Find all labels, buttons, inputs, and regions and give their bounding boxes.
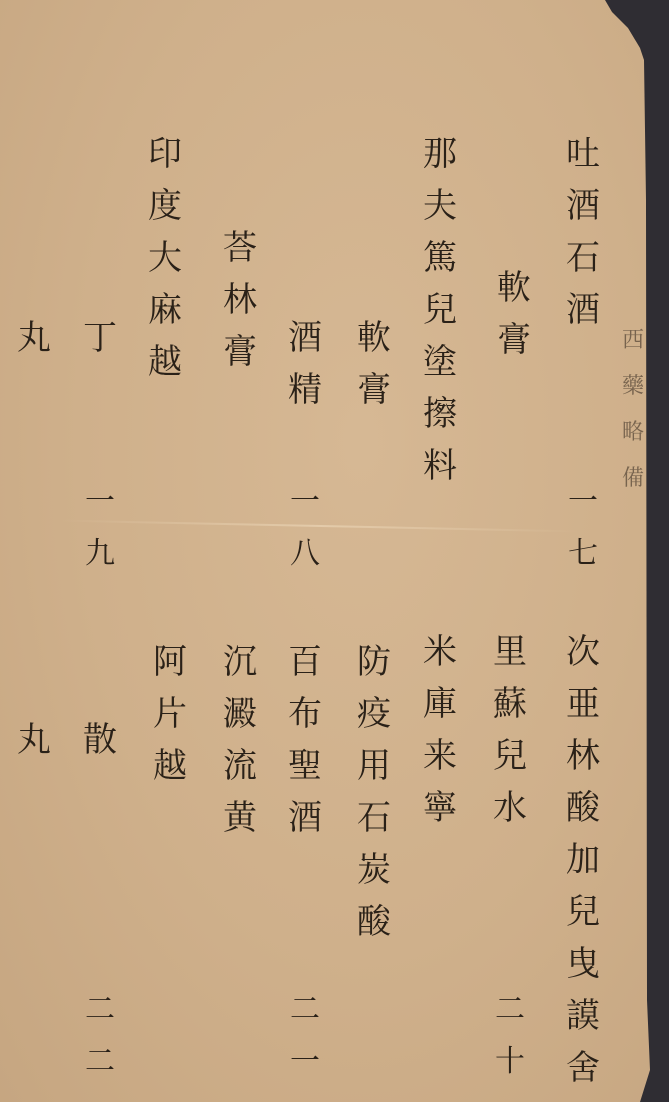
- character: 散: [83, 714, 117, 766]
- character: 酸: [566, 782, 600, 834]
- character: 擦: [423, 388, 457, 440]
- entry-lysol-water: 里蘇兒水: [488, 626, 532, 834]
- character: 黄: [223, 792, 257, 844]
- character: 夫: [423, 180, 457, 232]
- character: 膏: [223, 326, 257, 378]
- character: 二: [495, 984, 525, 1036]
- character: 丸: [17, 312, 51, 364]
- character: 里: [493, 626, 527, 678]
- character: 庫: [423, 678, 457, 730]
- character: 膏: [497, 314, 531, 366]
- character: 越: [148, 336, 182, 388]
- character: 吐: [566, 128, 600, 180]
- entry-ointment-1: 軟膏: [492, 262, 536, 366]
- character: 酒: [288, 792, 322, 844]
- entry-spirit: 酒精: [283, 312, 327, 416]
- character: 用: [357, 740, 391, 792]
- character: 聖: [288, 740, 322, 792]
- character: 酒: [288, 312, 322, 364]
- character: 防: [357, 636, 391, 688]
- entry-disinfectant-carbolic-acid: 防疫用石炭酸: [352, 636, 396, 948]
- character: 略: [622, 410, 644, 456]
- page-number-20: 二十: [488, 984, 532, 1088]
- character: 軟: [357, 312, 391, 364]
- page-number-22: 二二: [78, 984, 122, 1088]
- entry-hypochlorite-solution: 次亜林酸加兒曳謨舍: [561, 626, 605, 1094]
- character: 酒: [566, 180, 600, 232]
- character: 加: [566, 834, 600, 886]
- page-number-17: 一七: [561, 476, 605, 580]
- character: 一: [568, 476, 598, 528]
- character: 度: [148, 180, 182, 232]
- character: 一: [290, 1036, 320, 1088]
- character: 一: [85, 476, 115, 528]
- character: 一: [290, 476, 320, 528]
- character: 塗: [423, 336, 457, 388]
- entry-tincture-ding: 丁: [78, 312, 122, 364]
- character: 米: [423, 626, 457, 678]
- character: 丁: [83, 312, 117, 364]
- entry-pill-2: 丸: [12, 714, 56, 766]
- character: 舍: [566, 1042, 600, 1094]
- character: 八: [290, 528, 320, 580]
- character: 十: [495, 1036, 525, 1088]
- entry-indian-hemp-extract: 印度大麻越: [143, 128, 187, 388]
- character: 西: [622, 318, 644, 364]
- character: 兒: [566, 886, 600, 938]
- character: 麻: [148, 284, 182, 336]
- character: 印: [148, 128, 182, 180]
- character: 二: [290, 984, 320, 1036]
- page-number-19: 一九: [78, 476, 122, 580]
- character: 謨: [566, 990, 600, 1042]
- character: 疫: [357, 688, 391, 740]
- character: 精: [288, 364, 322, 416]
- character: 炭: [357, 844, 391, 896]
- entry-ointment-2: 軟膏: [352, 312, 396, 416]
- paper-page: 西藥略備 吐酒石酒 軟膏 那夫篤兒塗擦料 軟膏 酒精 荅林膏 印度大麻越 丁 丸…: [0, 0, 655, 1102]
- character: 蘇: [493, 678, 527, 730]
- character: 片: [153, 688, 187, 740]
- character: 酸: [357, 896, 391, 948]
- character: 膏: [357, 364, 391, 416]
- character: 藥: [622, 364, 644, 410]
- entry-precipitated-sulfur: 沉澱流黄: [218, 636, 262, 844]
- entry-powder: 散: [78, 714, 122, 766]
- character: 沉: [223, 636, 257, 688]
- character: 兒: [423, 284, 457, 336]
- character: 阿: [153, 636, 187, 688]
- page-number-21: 二一: [283, 984, 327, 1088]
- entry-pill-1: 丸: [12, 312, 56, 364]
- character: 荅: [223, 222, 257, 274]
- character: 来: [423, 730, 457, 782]
- character: 水: [493, 782, 527, 834]
- character: 石: [357, 792, 391, 844]
- character: 林: [223, 274, 257, 326]
- character: 曳: [566, 938, 600, 990]
- character: 丸: [17, 714, 51, 766]
- entry-tar-ointment: 荅林膏: [218, 222, 262, 378]
- character: 兒: [493, 730, 527, 782]
- entry-mikulain: 米庫来寧: [418, 626, 462, 834]
- character: 布: [288, 688, 322, 740]
- character: 林: [566, 730, 600, 782]
- character: 二: [85, 1036, 115, 1088]
- character: 七: [568, 528, 598, 580]
- entry-tartar-emetic-wine: 吐酒石酒: [561, 128, 605, 336]
- character: 越: [153, 740, 187, 792]
- character: 寧: [423, 782, 457, 834]
- character: 九: [85, 528, 115, 580]
- page-number-18: 一八: [283, 476, 327, 580]
- character: 澱: [223, 688, 257, 740]
- character: 篤: [423, 232, 457, 284]
- character: 那: [423, 128, 457, 180]
- entry-pepsin-wine: 百布聖酒: [283, 636, 327, 844]
- character: 二: [85, 984, 115, 1036]
- character: 軟: [497, 262, 531, 314]
- character: 流: [223, 740, 257, 792]
- character: 酒: [566, 284, 600, 336]
- character: 次: [566, 626, 600, 678]
- character: 料: [423, 440, 457, 492]
- margin-title-fragment: 西藥略備: [618, 318, 648, 488]
- entry-naphthol-liniment: 那夫篤兒塗擦料: [418, 128, 462, 492]
- character: 百: [288, 636, 322, 688]
- character: 大: [148, 232, 182, 284]
- character: 石: [566, 232, 600, 284]
- character: 亜: [566, 678, 600, 730]
- character: 備: [622, 456, 644, 488]
- entry-opium-extract: 阿片越: [148, 636, 192, 792]
